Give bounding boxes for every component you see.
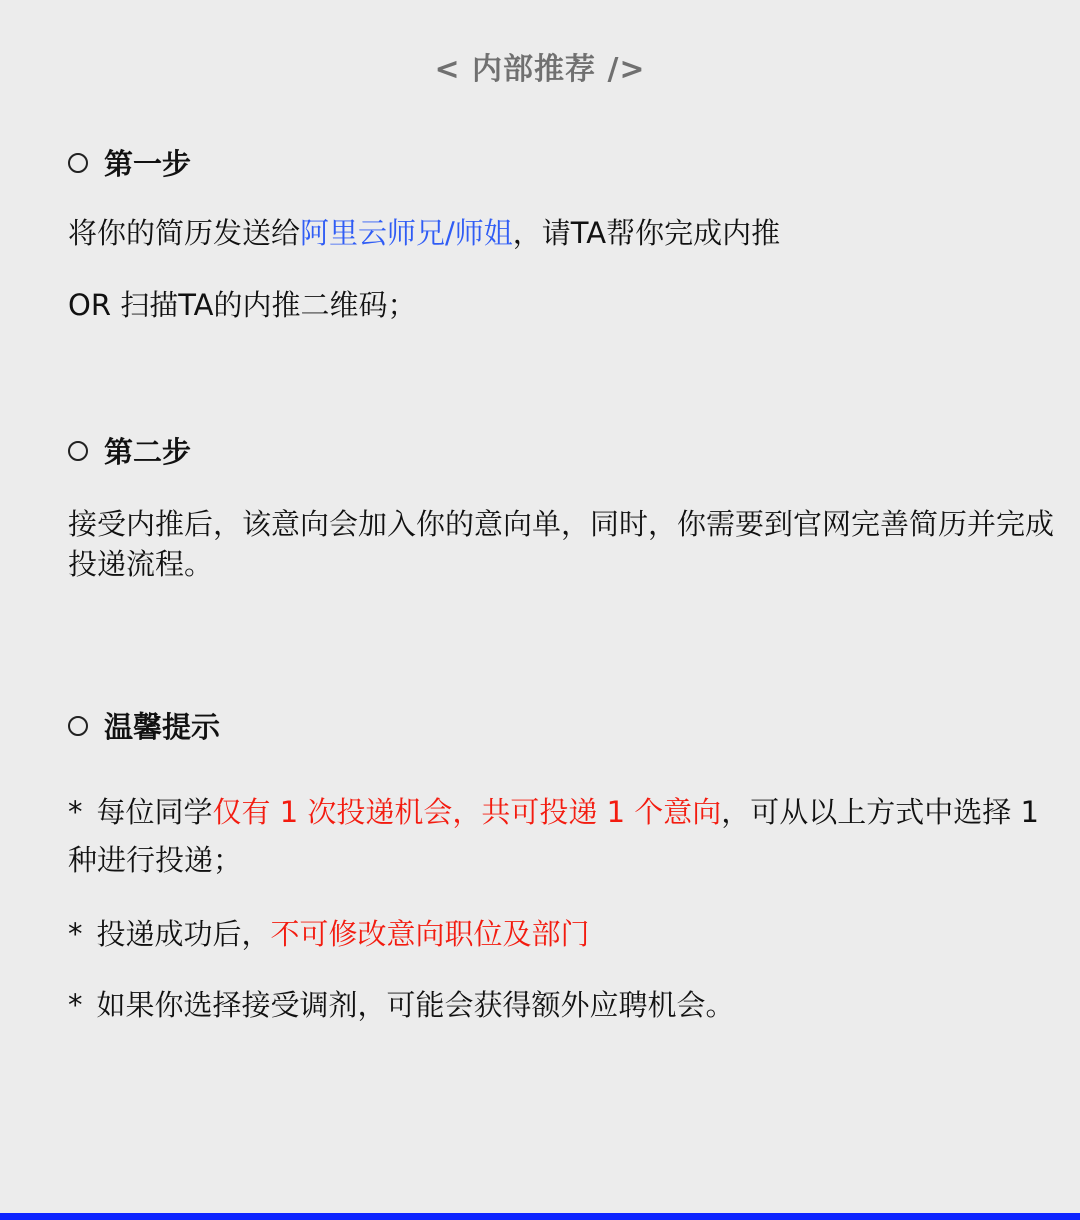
- tip-item-2: *投递成功后，不可修改意向职位及部门: [68, 914, 1058, 954]
- tip3-text: 如果你选择接受调剂，可能会获得额外应聘机会。: [97, 988, 735, 1022]
- tip1-highlight: 仅有 1 次投递机会，共可投递 1 个意向: [213, 795, 722, 829]
- tip2-highlight: 不可修改意向职位及部门: [271, 917, 590, 951]
- tip-item-3: *如果你选择接受调剂，可能会获得额外应聘机会。: [68, 985, 1058, 1025]
- tip2-pre: 投递成功后，: [97, 917, 271, 951]
- senior-referrer-link[interactable]: 阿里云师兄/师姐: [300, 216, 513, 250]
- section-tips-heading: 温馨提示: [68, 705, 220, 746]
- step1-heading-text: 第一步: [104, 142, 191, 183]
- tip1-pre: 每位同学: [97, 795, 213, 829]
- section-step2-heading: 第二步: [68, 430, 191, 471]
- asterisk-bullet: *: [68, 988, 83, 1022]
- step1-line1-post: ，请TA帮你完成内推: [513, 216, 780, 250]
- step2-heading-text: 第二步: [104, 430, 191, 471]
- step1-line1: 将你的简历发送给阿里云师兄/师姐，请TA帮你完成内推: [68, 213, 1058, 253]
- step1-line1-pre: 将你的简历发送给: [68, 216, 300, 250]
- asterisk-bullet: *: [68, 795, 83, 829]
- section-step1-heading: 第一步: [68, 142, 191, 183]
- step2-text: 接受内推后，该意向会加入你的意向单，同时，你需要到官网完善简历并完成投递流程。: [68, 504, 1058, 584]
- tip-item-1: *每位同学仅有 1 次投递机会，共可投递 1 个意向，可从以上方式中选择 1 种…: [68, 788, 1058, 884]
- step1-line2: OR 扫描TA的内推二维码；: [68, 285, 1058, 325]
- tips-heading-text: 温馨提示: [104, 705, 220, 746]
- bottom-accent-bar: [0, 1213, 1080, 1220]
- circle-bullet-icon: [68, 153, 88, 173]
- page-title: < 内部推荐 />: [0, 44, 1080, 88]
- circle-bullet-icon: [68, 441, 88, 461]
- circle-bullet-icon: [68, 716, 88, 736]
- asterisk-bullet: *: [68, 917, 83, 951]
